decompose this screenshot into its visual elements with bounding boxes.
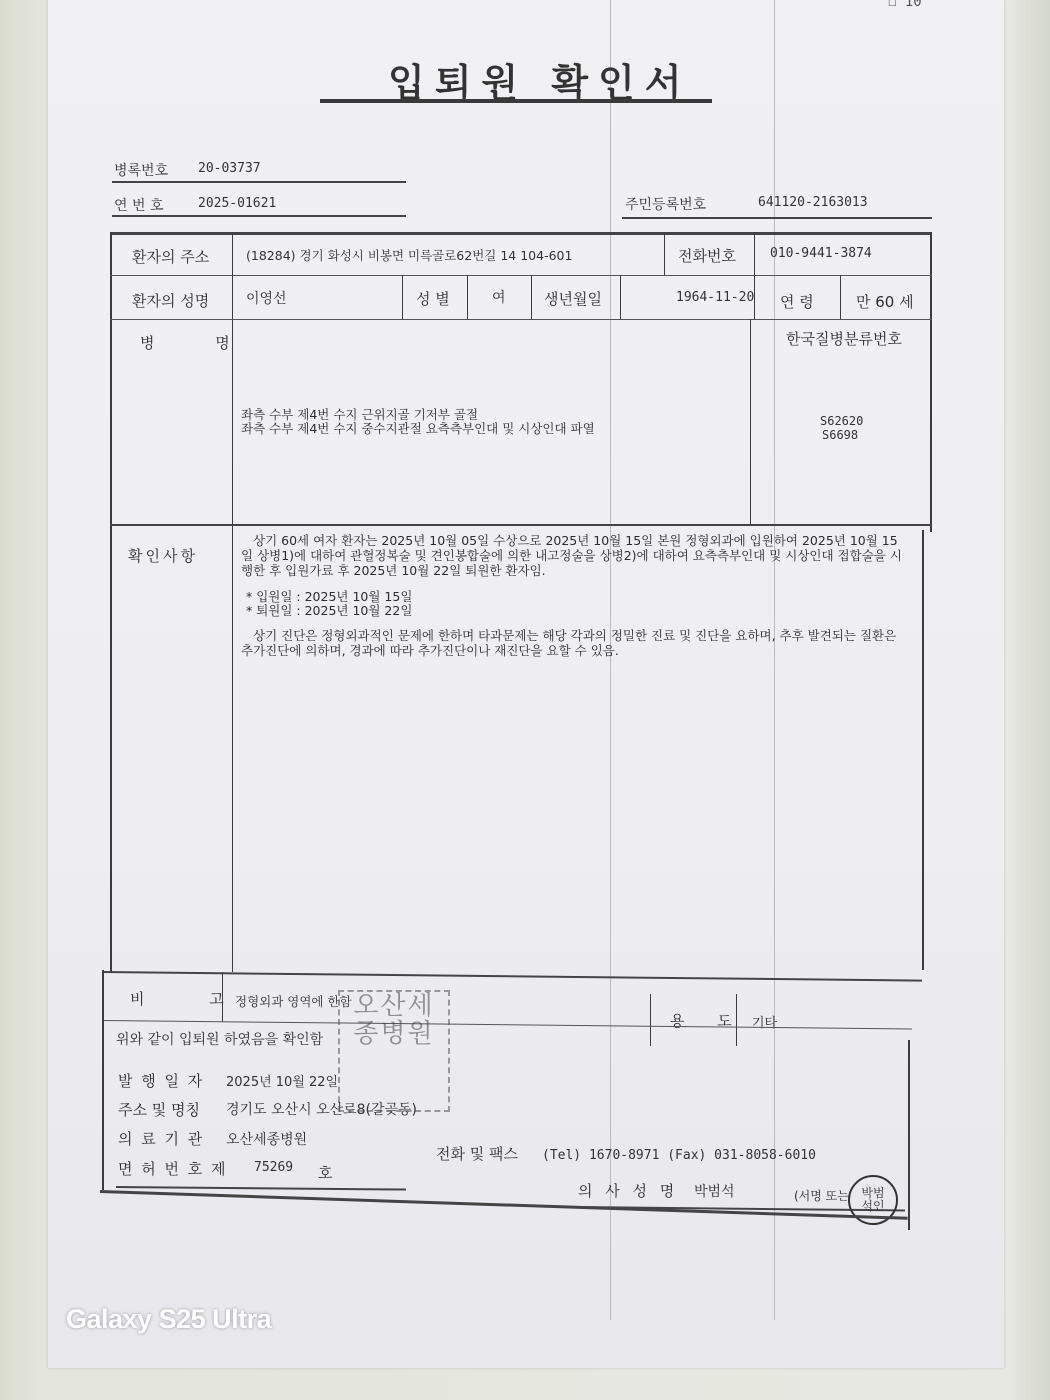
table-border-right (922, 530, 924, 970)
license-label: 면 허 번 호 제 (118, 1158, 228, 1179)
doctor-label: 의 사 성 명 (578, 1180, 678, 1201)
name-label: 환자의 성명 (132, 290, 209, 311)
divider (622, 217, 932, 219)
page-mark: ☐ 10 (888, 0, 922, 10)
name-value: 이영선 (246, 288, 287, 308)
sex-value: 여 (492, 287, 506, 307)
birth-label: 생년월일 (544, 288, 602, 309)
record-no-value: 20-03737 (198, 161, 261, 176)
contact-label: 전화 및 팩스 (436, 1143, 518, 1164)
institution-value: 오산세종병원 (226, 1129, 307, 1149)
confirmation-paragraph-2: 상기 진단은 정형외과적인 문제에 한하며 타과문제는 해당 각과의 정밀한 진… (241, 628, 905, 658)
col-divider (402, 275, 403, 319)
serial-no-label: 연 번 호 (114, 195, 163, 215)
birth-value: 1964-11-20 (676, 290, 754, 305)
purpose-label: 용 도 (670, 1010, 746, 1031)
row-divider (110, 275, 932, 276)
phone-value: 010-9441-3874 (770, 246, 872, 261)
address-label: 환자의 주소 (132, 246, 209, 267)
age-label: 연 령 (780, 291, 814, 312)
admission-date: * 입원일 : 2025년 10월 15일 (246, 589, 412, 604)
disease-code-1: S62620 (820, 414, 863, 428)
col-divider (750, 319, 751, 525)
license-number: 75269 (254, 1160, 293, 1175)
license-suffix: 호 (318, 1162, 333, 1183)
sign-label: (서명 또는 (794, 1187, 849, 1204)
col-divider (531, 275, 532, 319)
diagnosis-label: 병 명 (140, 332, 258, 353)
address-value: (18284) 경기 화성시 비봉면 미륵골로62번길 14 104-601 (246, 246, 572, 264)
resident-no-label: 주민등록번호 (625, 194, 706, 214)
col-divider (650, 994, 651, 1046)
issue-date-value: 2025년 10월 22일 (226, 1071, 338, 1090)
title-underline (320, 99, 712, 103)
purpose-value: 기타 (752, 1012, 777, 1031)
fold-line (610, 0, 611, 1320)
table-border-left (102, 970, 104, 1190)
serial-no-value: 2025-01621 (198, 196, 276, 211)
row-divider (110, 319, 932, 320)
doctor-name: 박범석 (694, 1181, 735, 1201)
divider (112, 181, 406, 183)
phone-label: 전화번호 (678, 245, 736, 266)
issue-date-label: 발 행 일 자 (118, 1070, 204, 1091)
confirmation-statement: 위와 같이 입퇴원 하였음을 확인함 (116, 1029, 323, 1049)
table-border-left (110, 232, 112, 972)
confirmation-paragraph-1: 상기 60세 여자 환자는 2025년 10월 05일 수상으로 2025년 1… (241, 533, 905, 578)
col-divider (222, 972, 223, 1022)
col-divider (754, 232, 755, 320)
table-border-right (930, 232, 932, 532)
col-divider (840, 275, 841, 319)
diagnosis-line-1: 좌측 수부 제4번 수지 근위지골 기저부 골절 (241, 407, 478, 422)
camera-watermark: Galaxy S25 Ultra (66, 1304, 271, 1335)
resident-no-value: 641120-2163013 (758, 195, 868, 210)
institution-label: 의 료 기 관 (118, 1128, 204, 1149)
hospital-stamp: 오산세종병원 (338, 990, 450, 1112)
contact-value: (Tel) 1670-8971 (Fax) 031-8058-6010 (542, 1148, 816, 1163)
disease-code-header: 한국질병분류번호 (786, 328, 902, 349)
address-name-label: 주소 및 명칭 (118, 1099, 200, 1120)
row-divider (110, 524, 932, 526)
age-value: 만 60 세 (856, 291, 914, 312)
table-border-top (110, 232, 932, 235)
col-divider (620, 275, 621, 319)
disease-code-2: S6698 (822, 428, 858, 442)
col-divider (467, 275, 468, 319)
divider (112, 215, 406, 217)
record-no-label: 병록번호 (114, 160, 168, 180)
sex-label: 성 별 (416, 288, 450, 309)
discharge-date: * 퇴원일 : 2025년 10월 22일 (246, 603, 412, 618)
remarks-value: 정형외과 영역에 한함 (235, 992, 352, 1010)
table-border-right (908, 1040, 910, 1230)
confirmation-label: 확인사항 (128, 545, 198, 566)
diagnosis-line-2: 좌측 수부 제4번 수지 중수지관절 요측측부인대 및 시상인대 파열 (241, 421, 595, 436)
col-divider (664, 232, 665, 275)
